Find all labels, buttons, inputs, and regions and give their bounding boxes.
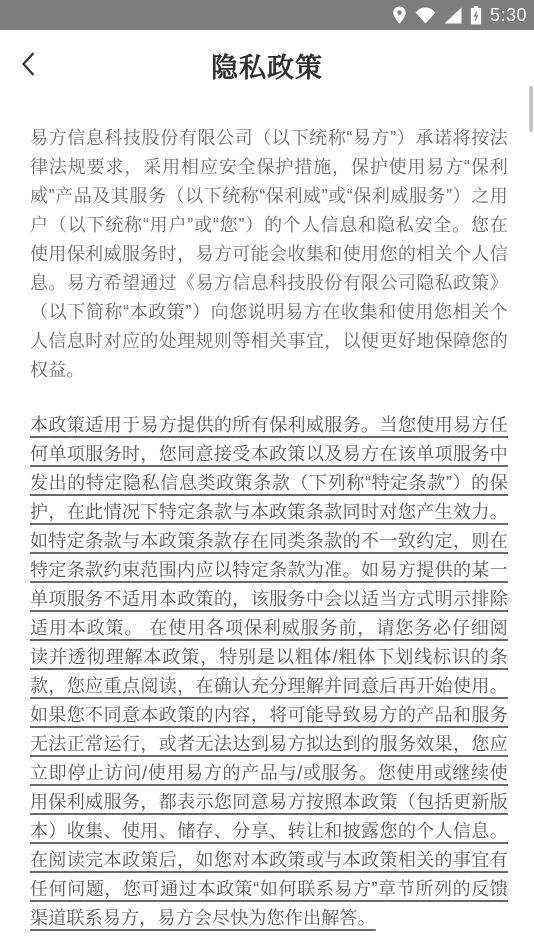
wifi-icon xyxy=(415,7,436,24)
policy-paragraph-scope: 本政策适用于易方提供的所有保利威服务。当您使用易方任何单项服务时，您同意接受本政… xyxy=(30,411,508,933)
back-button[interactable] xyxy=(8,43,48,87)
scrollbar-thumb[interactable] xyxy=(529,86,533,132)
policy-paragraph-intro: 易方信息科技股份有限公司（以下统称“易方”）承诺将按法律法规要求，采用相应安全保… xyxy=(30,124,508,385)
cellular-signal-icon xyxy=(444,7,462,24)
page-title: 隐私政策 xyxy=(211,46,323,85)
chevron-left-icon xyxy=(21,51,36,80)
policy-content: 易方信息科技股份有限公司（以下统称“易方”）承诺将按法律法规要求，采用相应安全保… xyxy=(0,124,534,933)
status-bar: 5:30 xyxy=(0,0,534,30)
privacy-policy-screen: 5:30 隐私政策 易方信息科技股份有限公司（以下统称“易方”）承诺将按法律法规… xyxy=(0,0,534,950)
battery-charging-icon xyxy=(470,6,482,25)
location-icon xyxy=(392,6,407,24)
status-time: 5:30 xyxy=(490,0,527,30)
header: 隐私政策 xyxy=(0,30,534,100)
